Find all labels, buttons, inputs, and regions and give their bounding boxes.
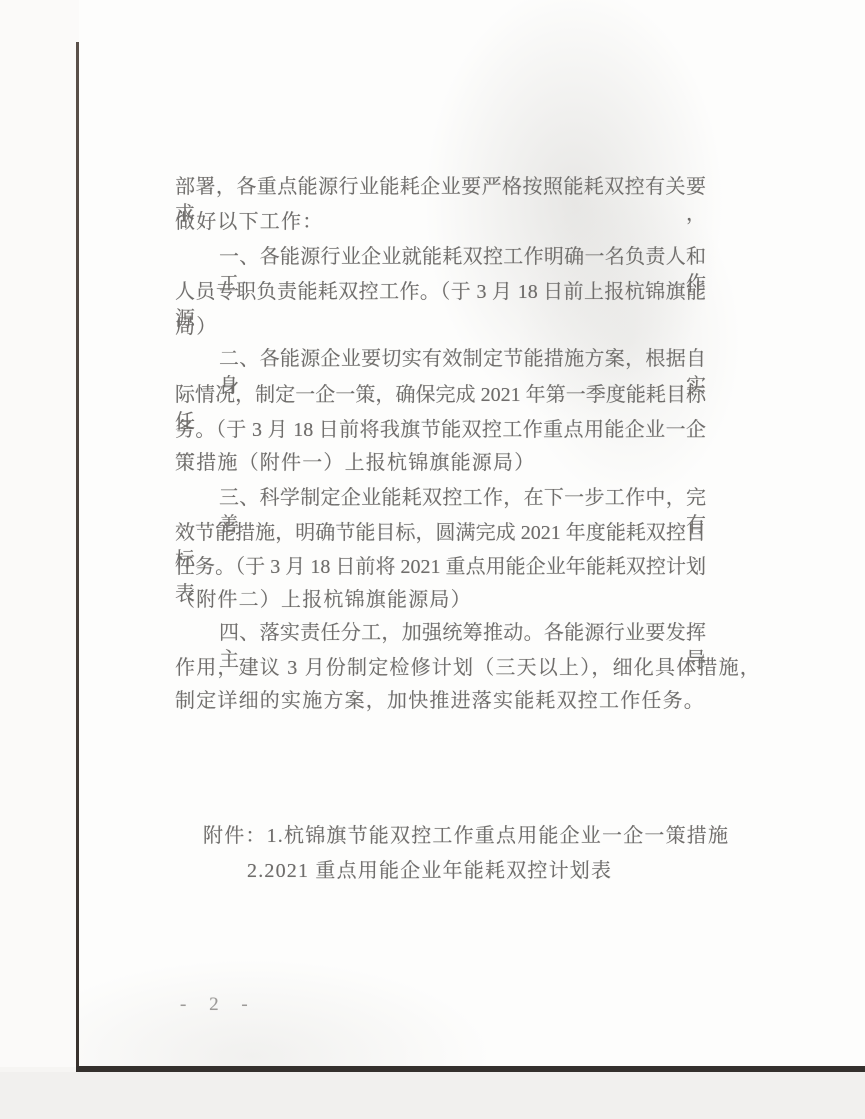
body-line: 人员专职负责能耗双控工作。（于 3 月 18 日前上报杭锦旗能源 <box>175 279 706 333</box>
scan-background-left <box>0 0 79 1067</box>
page-number: - 2 - <box>180 994 257 1016</box>
body-line: 制定详细的实施方案，加快推进落实能耗双控工作任务。 <box>175 688 705 715</box>
body-line: 做好以下工作： <box>175 209 323 236</box>
body-line: 作用，建议 3 月份制定检修计划（三天以上），细化具体措施， <box>175 655 761 682</box>
attachment-line: 附件：1.杭锦旗节能双控工作重点用能企业一企一策措施 <box>203 823 729 850</box>
scanned-document-photo: 部署，各重点能源行业能耗企业要严格按照能耗双控有关要求，做好以下工作：一、各能源… <box>0 0 865 1119</box>
body-line: （附件二）上报杭锦旗能源局） <box>175 587 472 614</box>
attachment-line: 2.2021 重点用能企业年能耗双控计划表 <box>247 858 612 885</box>
body-line: 策措施（附件一）上报杭锦旗能源局） <box>175 450 535 477</box>
scan-background-bottom <box>0 1072 865 1119</box>
body-line: 局） <box>175 314 217 341</box>
paper-left-edge-line <box>76 42 79 1068</box>
